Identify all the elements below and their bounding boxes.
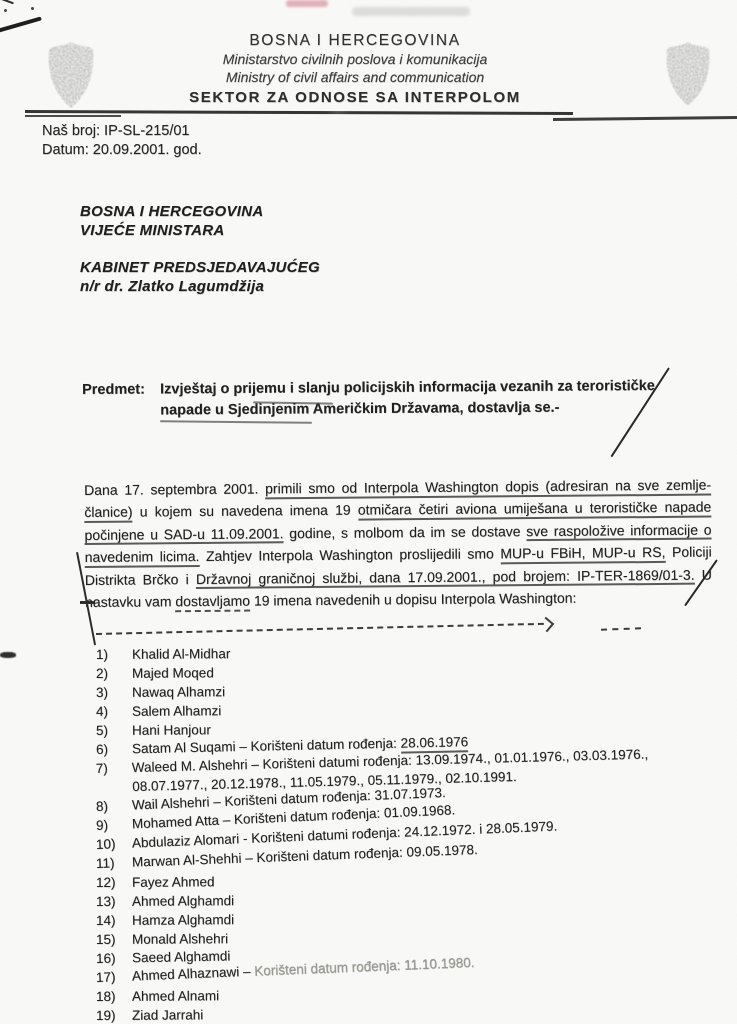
list-item-number: 13) <box>96 892 132 911</box>
handwritten-dashed-underline <box>96 623 544 635</box>
list-item-number: 10) <box>96 834 133 854</box>
red-stamp-remnant <box>286 0 328 7</box>
recipient-line-1: BOSNA I HERCEGOVINA <box>80 202 320 221</box>
letterhead-ministry-local: Ministarstvo civilnih poslova i komunika… <box>120 50 590 68</box>
list-item-number: 7) <box>96 758 133 797</box>
body-segment: 19 imena navedenih u dopisu Interpola Wa… <box>250 590 577 609</box>
handwritten-tick-mark <box>0 0 14 5</box>
list-item-number: 9) <box>96 814 133 835</box>
list-item-number: 4) <box>96 702 132 721</box>
list-item-number: 12) <box>96 873 132 892</box>
scan-speck <box>4 9 7 12</box>
coat-of-arms-right-icon <box>660 38 716 115</box>
body-segment: Zahtjev Interpola Washington proslijedil… <box>199 546 500 565</box>
recipient-line-2: VIJEĆE MINISTARA <box>80 221 320 240</box>
reference-date: Datum: 20.09.2001. god. <box>42 141 202 160</box>
scanned-document-page: BOSNA I HERCEGOVINA Ministarstvo civilni… <box>0 0 737 1024</box>
body-segment: Državnoj graničnoj službi, dana 17.09.20… <box>196 566 695 589</box>
body-segment: Dana 17. septembra 2001. <box>84 480 265 498</box>
pen-underline-mark <box>160 420 312 424</box>
letterhead-ministry-english: Ministry of civil affairs and communicat… <box>120 68 590 86</box>
recipient-block: BOSNA I HERCEGOVINA VIJEĆE MINISTARA KAB… <box>80 202 320 296</box>
list-item-number: 6) <box>96 739 132 759</box>
coat-of-arms-left-icon <box>42 40 100 115</box>
list-item-number: 1) <box>96 645 132 664</box>
list-item-number: 18) <box>96 987 132 1006</box>
list-item-text: Ziad Jarrahi <box>132 1002 712 1024</box>
handwritten-arrow-head <box>539 617 554 632</box>
list-item-number: 8) <box>96 796 133 816</box>
margin-pen-tick <box>80 601 95 604</box>
faded-header-smudge <box>352 7 470 16</box>
reference-block: Naš broj: IP-SL-215/01 Datum: 20.09.2001… <box>42 122 202 160</box>
scan-edge-blob <box>0 652 16 658</box>
body-segment: MUP-u FBiH, MUP-u RS, <box>500 544 665 564</box>
body-paragraph: Dana 17. septembra 2001. primili smo od … <box>84 474 712 614</box>
list-item-number: 16) <box>96 948 132 968</box>
letterhead-sector: SEKTOR ZA ODNOSE SA INTERPOLOM <box>120 88 590 108</box>
recipient-line-4: n/r dr. Zlatko Lagumdžija <box>80 277 320 296</box>
list-item-number: 17) <box>96 967 133 987</box>
letterhead-rule-left <box>25 115 121 117</box>
body-segment: dostavljamo <box>175 593 250 612</box>
list-item-number: 2) <box>96 664 132 683</box>
body-segment: u kojem su navedena imena 19 <box>132 502 357 520</box>
list-item-number: 14) <box>96 911 132 930</box>
letterhead-country: BOSNA I HERCEGOVINA <box>120 31 590 50</box>
names-list: 1)Khalid Al-Midhar2)Majed Moqed3)Nawaq A… <box>96 645 712 1024</box>
letterhead-rule-right <box>553 116 737 121</box>
scan-speck <box>31 7 34 10</box>
subject-label: Predmet: <box>82 379 160 422</box>
list-item-number: 5) <box>96 721 132 740</box>
list-item-number: 3) <box>96 683 132 702</box>
list-item-number: 15) <box>96 930 132 949</box>
handwritten-dashes <box>601 627 641 630</box>
list-item-number: 19) <box>96 1006 132 1024</box>
recipient-gap <box>80 240 320 258</box>
list-item-number: 11) <box>96 853 133 873</box>
recipient-line-3: KABINET PREDSJEDAVAJUĆEG <box>80 258 320 277</box>
letterhead: BOSNA I HERCEGOVINA Ministarstvo civilni… <box>120 31 590 108</box>
subject-text: Izvještaj o prijemu i slanju policijskih… <box>160 376 660 421</box>
list-item: 19)Ziad Jarrahi <box>96 1002 712 1024</box>
body-segment: godine, s molbom da im se dostave <box>283 523 526 541</box>
reference-number: Naš broj: IP-SL-215/01 <box>42 122 202 141</box>
scan-corner-streak <box>0 16 42 32</box>
subject-block: Predmet: Izvještaj o prijemu i slanju po… <box>82 376 667 422</box>
